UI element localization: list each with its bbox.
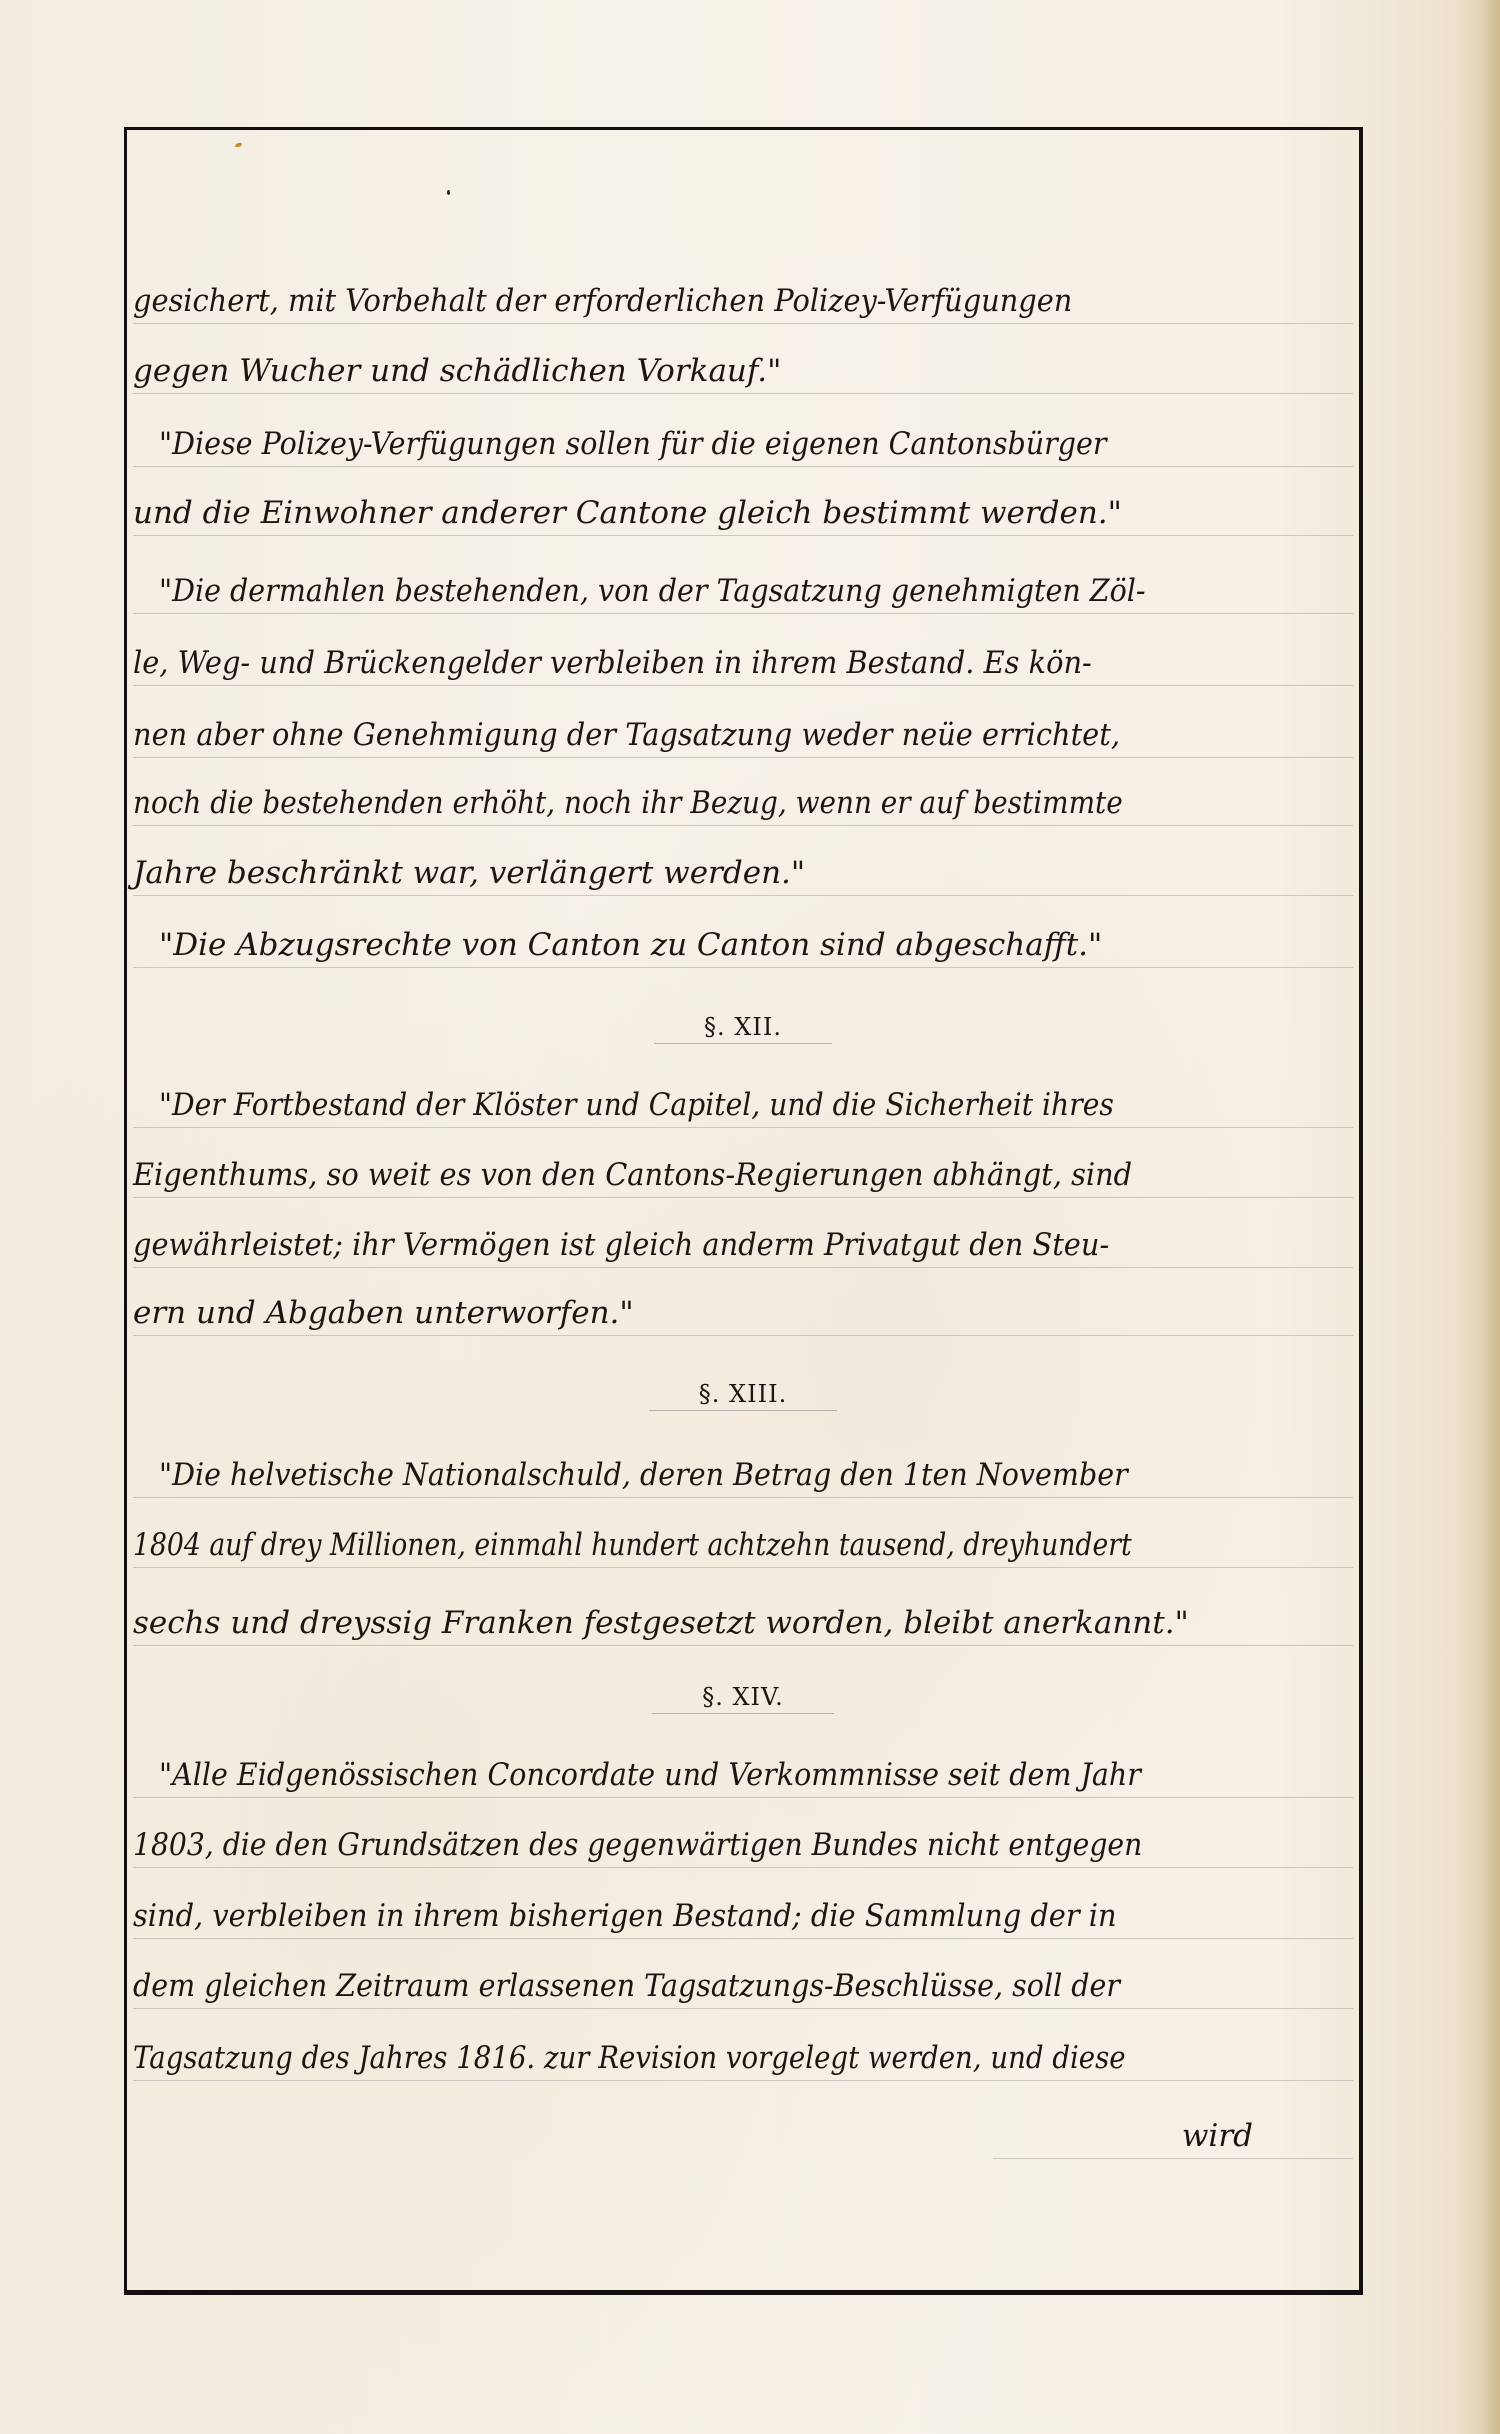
line-text: "Die helvetische Nationalschuld, deren B… <box>159 1457 1128 1493</box>
manuscript-line: gewährleistet; ihr Vermögen ist gleich a… <box>133 1207 1353 1268</box>
line-text: gewährleistet; ihr Vermögen ist gleich a… <box>133 1227 1109 1263</box>
line-text: gesichert, mit Vorbehalt der erforderlic… <box>133 283 1072 319</box>
manuscript-line: 1803, die den Grundsätzen des gegenwärti… <box>133 1807 1353 1868</box>
manuscript-line: gegen Wucher und schädlichen Vorkauf." <box>133 333 1353 394</box>
line-text: 1803, die den Grundsätzen des gegenwärti… <box>133 1827 1142 1863</box>
line-text: gegen Wucher und schädlichen Vorkauf." <box>133 353 781 389</box>
line-text: nen aber ohne Genehmigung der Tagsatzung… <box>133 717 1120 753</box>
catchword: wird <box>1182 2118 1253 2154</box>
manuscript-line: nen aber ohne Genehmigung der Tagsatzung… <box>133 697 1353 758</box>
section-heading-xiv: §. XIV. <box>127 1683 1359 1733</box>
ink-blot <box>235 142 243 148</box>
line-text: und die Einwohner anderer Cantone gleich… <box>133 495 1122 531</box>
manuscript-line: "Alle Eidgenössischen Concordate und Ver… <box>133 1737 1353 1798</box>
manuscript-line: Eigenthums, so weit es von den Cantons-R… <box>133 1137 1353 1198</box>
ink-dot <box>447 190 450 195</box>
line-text: "Die dermahlen bestehenden, von der Tags… <box>159 573 1146 609</box>
manuscript-line: Tagsatzung des Jahres 1816. zur Revision… <box>133 2020 1353 2081</box>
manuscript-line: sechs und dreyssig Franken festgesetzt w… <box>133 1585 1353 1646</box>
manuscript-line: "Die Abzugsrechte von Canton zu Canton s… <box>133 907 1353 968</box>
manuscript-line: Jahre beschränkt war, verlängert werden.… <box>133 835 1353 896</box>
section-heading-xii: §. XII. <box>127 1013 1359 1063</box>
manuscript-line: "Die dermahlen bestehenden, von der Tags… <box>133 553 1353 614</box>
manuscript-line: ern und Abgaben unterworfen." <box>133 1275 1353 1336</box>
page-edge-shadow <box>1482 0 1500 2434</box>
manuscript-line: und die Einwohner anderer Cantone gleich… <box>133 475 1353 536</box>
line-text: Tagsatzung des Jahres 1816. zur Revision… <box>133 2040 1126 2076</box>
catchword-line: wird <box>133 2098 1353 2158</box>
line-text: sind, verbleiben in ihrem bisherigen Bes… <box>133 1898 1117 1934</box>
line-text: Eigenthums, so weit es von den Cantons-R… <box>133 1157 1132 1193</box>
line-text: noch die bestehenden erhöht, noch ihr Be… <box>133 785 1123 821</box>
manuscript-line: 1804 auf drey Millionen, einmahl hundert… <box>133 1507 1353 1568</box>
manuscript-line: "Diese Polizey-Verfügungen sollen für di… <box>133 406 1353 467</box>
ruled-page-frame: gesichert, mit Vorbehalt der erforderlic… <box>124 127 1363 2295</box>
manuscript-line: "Die helvetische Nationalschuld, deren B… <box>133 1437 1353 1498</box>
line-text: le, Weg- und Brückengelder verbleiben in… <box>133 645 1092 681</box>
section-heading-label: §. XII. <box>654 1013 832 1044</box>
manuscript-line: sind, verbleiben in ihrem bisherigen Bes… <box>133 1878 1353 1939</box>
line-text: dem gleichen Zeitraum erlassenen Tagsatz… <box>133 1968 1120 2004</box>
section-heading-label: §. XIV. <box>652 1683 834 1714</box>
manuscript-line: noch die bestehenden erhöht, noch ihr Be… <box>133 765 1353 826</box>
line-text: ern und Abgaben unterworfen." <box>133 1295 634 1331</box>
manuscript-line: "Der Fortbestand der Klöster und Capitel… <box>133 1067 1353 1128</box>
manuscript-line: dem gleichen Zeitraum erlassenen Tagsatz… <box>133 1948 1353 2009</box>
line-text: "Alle Eidgenössischen Concordate und Ver… <box>159 1757 1141 1793</box>
manuscript-line: le, Weg- und Brückengelder verbleiben in… <box>133 625 1353 686</box>
line-text: 1804 auf drey Millionen, einmahl hundert… <box>133 1527 1132 1563</box>
line-text: Jahre beschränkt war, verlängert werden.… <box>133 855 805 891</box>
line-text: "Die Abzugsrechte von Canton zu Canton s… <box>159 927 1102 963</box>
manuscript-line: gesichert, mit Vorbehalt der erforderlic… <box>133 263 1353 324</box>
line-text: sechs und dreyssig Franken festgesetzt w… <box>133 1605 1189 1641</box>
section-heading-label: §. XIII. <box>649 1380 837 1411</box>
line-text: "Diese Polizey-Verfügungen sollen für di… <box>159 426 1107 462</box>
line-text: "Der Fortbestand der Klöster und Capitel… <box>159 1087 1114 1123</box>
section-heading-xiii: §. XIII. <box>127 1380 1359 1430</box>
